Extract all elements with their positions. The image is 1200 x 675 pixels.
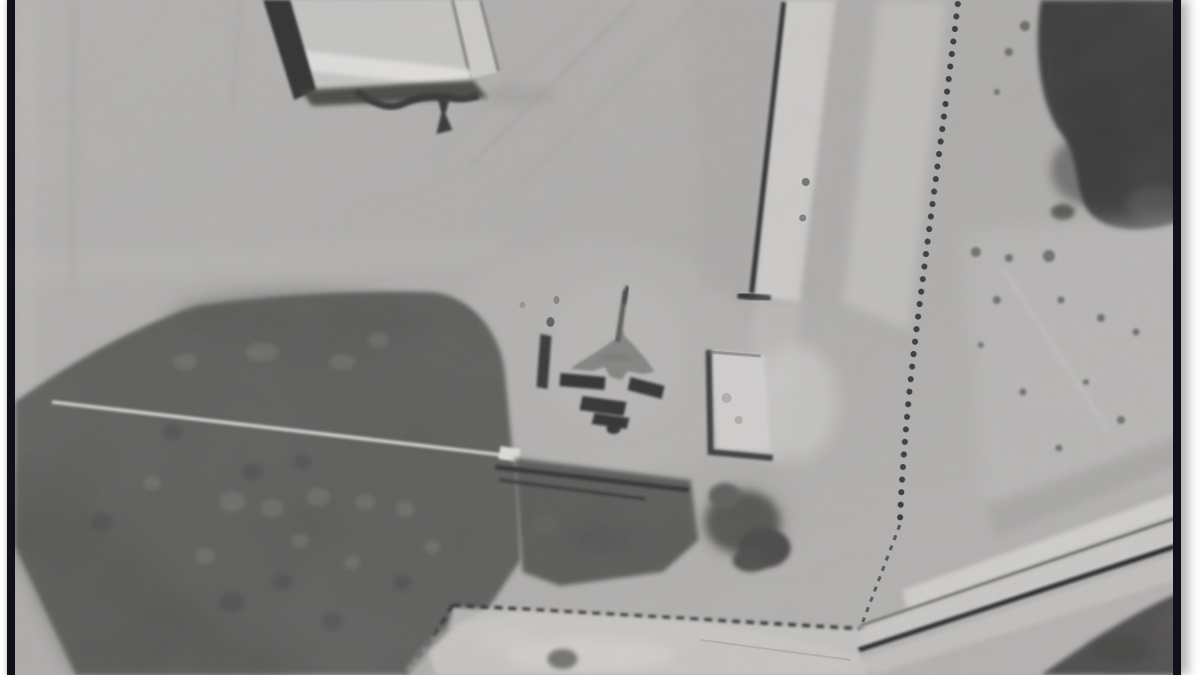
satellite-image — [15, 0, 1173, 675]
screenshot-root — [0, 0, 1200, 675]
photo-grain-overlay — [15, 0, 1173, 675]
photo-frame — [7, 0, 1181, 675]
